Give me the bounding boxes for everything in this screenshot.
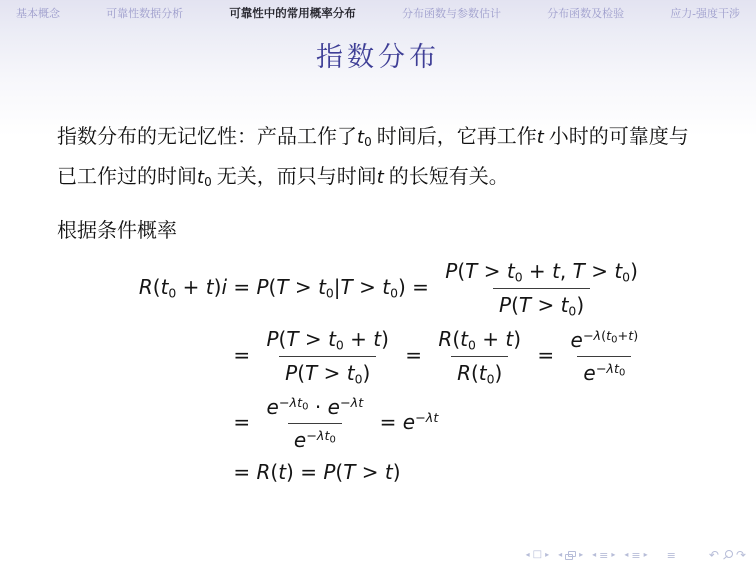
next-section-icon[interactable]: ▸ — [644, 551, 648, 559]
para-text-1: 指数分布的无记忆性：产品工作了 — [57, 126, 357, 148]
frame-title: 指数分布 — [0, 35, 756, 74]
equation-row-1: R(t0 + t)i = P(T > t0|T > t0) = P(T > t0… — [135, 259, 756, 319]
equation-row-1-lhs: R(t0 + t)i — [135, 275, 227, 300]
section-nav-group[interactable]: ◂ ≡ ▸ — [624, 550, 647, 561]
section-nav: 基本概念 可靠性数据分析 可靠性中的常用概率分布 分布函数与参数估计 分布函数及… — [0, 0, 756, 21]
para-text-5: 的长短有关。 — [384, 166, 509, 188]
forward-icon[interactable]: ↷ — [736, 549, 746, 561]
presentation-icon[interactable]: ≡ — [667, 550, 676, 561]
inline-var-t-a: t — [537, 127, 544, 148]
subsection-icon[interactable]: ≡ — [599, 550, 608, 561]
nav-item-distribution-parameter-estimation[interactable]: 分布函数与参数估计 — [402, 5, 501, 21]
next-frame-icon[interactable]: ▸ — [579, 551, 583, 559]
nav-item-basic-concepts[interactable]: 基本概念 — [16, 5, 60, 21]
inline-sub-0-b: 0 — [204, 175, 212, 189]
inline-var-t0-a: t — [357, 127, 364, 148]
equation-row-2-rhs: = P(T > t0 + t)P(T > t0) = R(t0 + t)R(t0… — [227, 343, 648, 367]
section-icon[interactable]: ≡ — [631, 550, 640, 561]
equation-row-2: = P(T > t0 + t)P(T > t0) = R(t0 + t)R(t0… — [135, 327, 756, 387]
equation-row-3-rhs: = e−λt0 · e−λte−λt0 = e−λt — [227, 410, 438, 434]
inline-sub-0-a: 0 — [364, 135, 372, 149]
subheading: 根据条件概率 — [57, 214, 700, 243]
equation-row-3: = e−λt0 · e−λte−λt0 = e−λt — [135, 395, 756, 452]
para-text-4: 无关，而只与时间 — [212, 166, 377, 188]
equation-row-4-rhs: = R(t) = P(T > t) — [227, 460, 401, 484]
slide-body: 指数分布的无记忆性：产品工作了t0 时间后，它再工作t 小时的可靠度与已工作过的… — [0, 120, 756, 484]
nav-item-reliability-data-analysis[interactable]: 可靠性数据分析 — [106, 5, 183, 21]
back-find-forward-group[interactable]: ↶ ↷ — [709, 549, 746, 561]
presentation-nav-group[interactable]: ≡ — [667, 550, 676, 561]
nav-item-stress-strength-interference[interactable]: 应力-强度干涉 — [670, 5, 740, 21]
nav-item-distribution-testing[interactable]: 分布函数及检验 — [547, 5, 624, 21]
next-subsection-icon[interactable]: ▸ — [611, 551, 615, 559]
beamer-nav-symbols: ◂ □ ▸ ◂ ▸ ◂ ≡ ▸ ◂ ≡ ▸ ≡ ↶ ↷ — [526, 549, 746, 561]
frame-icon[interactable] — [565, 551, 576, 560]
prev-section-icon[interactable]: ◂ — [624, 551, 628, 559]
next-slide-icon[interactable]: ▸ — [545, 551, 549, 559]
inline-var-t-b: t — [377, 167, 384, 188]
body-paragraph: 指数分布的无记忆性：产品工作了t0 时间后，它再工作t 小时的可靠度与已工作过的… — [57, 120, 700, 200]
subsection-nav-group[interactable]: ◂ ≡ ▸ — [592, 550, 615, 561]
prev-subsection-icon[interactable]: ◂ — [592, 551, 596, 559]
find-icon[interactable] — [722, 550, 733, 561]
equation-block: R(t0 + t)i = P(T > t0|T > t0) = P(T > t0… — [135, 259, 756, 484]
slide-icon[interactable]: □ — [533, 550, 542, 560]
slide-nav-group[interactable]: ◂ □ ▸ — [526, 550, 549, 560]
inline-var-t0-b: t — [197, 167, 204, 188]
nav-item-common-probability-distributions[interactable]: 可靠性中的常用概率分布 — [229, 5, 356, 21]
equation-row-4: = R(t) = P(T > t) — [135, 460, 756, 484]
back-icon[interactable]: ↶ — [709, 549, 719, 561]
beamer-slide: 基本概念 可靠性数据分析 可靠性中的常用概率分布 分布函数与参数估计 分布函数及… — [0, 0, 756, 567]
equation-row-1-rhs: = P(T > t0|T > t0) = P(T > t0 + t, T > t… — [227, 275, 648, 299]
prev-frame-icon[interactable]: ◂ — [558, 551, 562, 559]
frame-nav-group[interactable]: ◂ ▸ — [558, 551, 583, 560]
prev-slide-icon[interactable]: ◂ — [526, 551, 530, 559]
para-text-2: 时间后，它再工作 — [372, 126, 537, 148]
